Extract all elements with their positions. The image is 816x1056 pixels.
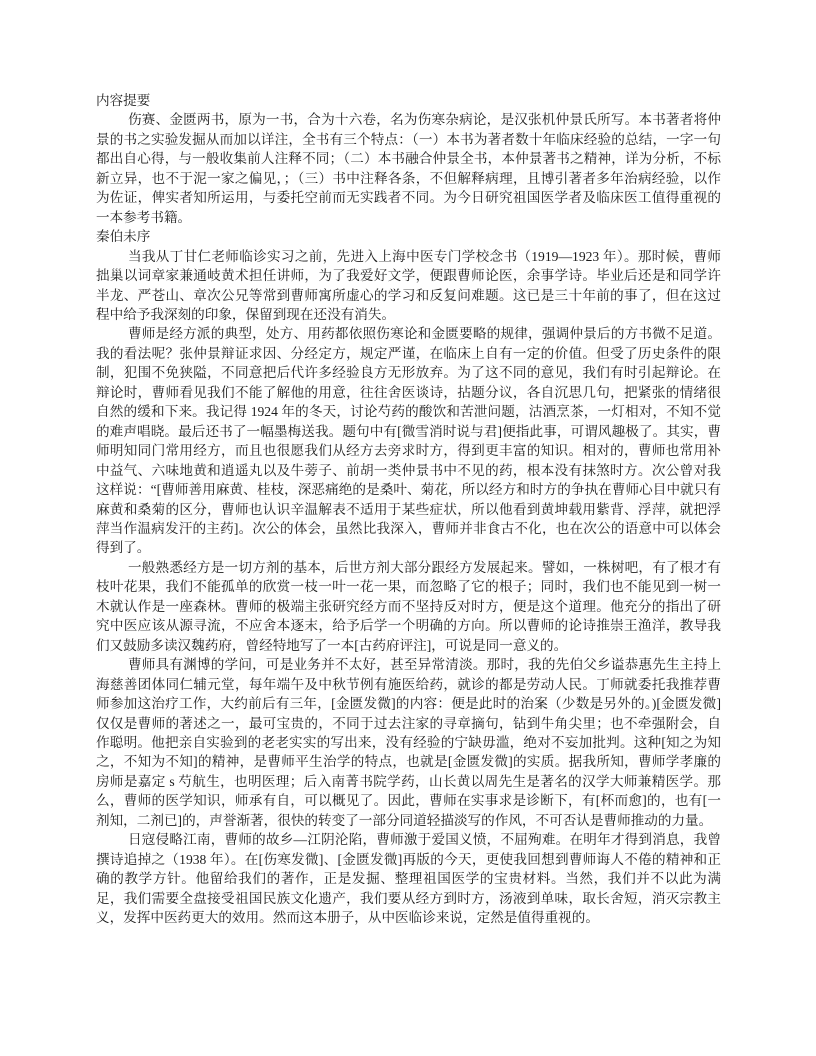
para-jingfang-foundation: 一般熟悉经方是一切方剂的基本，后世方剂大部分跟经方发展起来。譬如，一株树吧，有了… (96, 558, 721, 655)
heading-content-summary: 内容提要 (96, 91, 721, 110)
para-war-and-legacy: 日寇侵略江南，曹师的故乡—江阴沦陷，曹师激于爱国义愤，不屈殉难。在明年才得到消息… (96, 830, 721, 927)
para-jingfang-school-debates: 曹师是经方派的典型，处方、用药都依照伤寒论和金匮要略的规律，强调仲景后的方书微不… (96, 324, 721, 557)
para-study-recollection: 当我从丁甘仁老师临诊实习之前，先进入上海中医专门学校念书（1919—1923 年… (96, 247, 721, 325)
document-page: 内容提要 伤赛、金匮两书，原为一书，合为十六卷，名为伤寒杂病论，是汉张机仲景氏所… (0, 0, 816, 1056)
para-scholarship-and-practice: 曹师具有渊博的学问，可是业务并不太好，甚至异常清淡。那时，我的先伯父乡谥恭惠先生… (96, 655, 721, 830)
para-book-overview: 伤赛、金匮两书，原为一书，合为十六卷，名为伤寒杂病论，是汉张机仲景氏所写。本书著… (96, 110, 721, 227)
document-text-column: 内容提要 伤赛、金匮两书，原为一书，合为十六卷，名为伤寒杂病论，是汉张机仲景氏所… (96, 91, 721, 927)
heading-qin-bowei-preface: 秦伯未序 (96, 227, 721, 246)
